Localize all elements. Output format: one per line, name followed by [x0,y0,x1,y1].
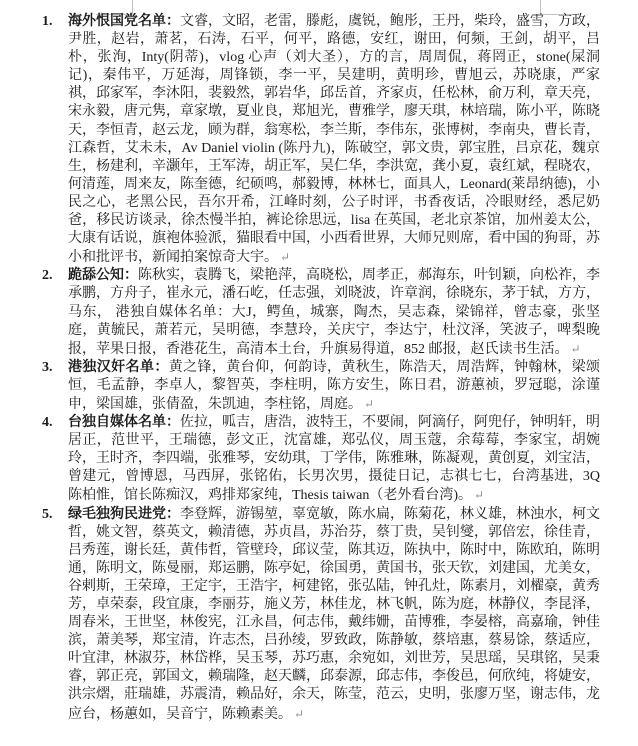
item-heading: 港独汉奸名单： [68,360,169,375]
item-heading: 台独自媒体名单： [68,415,180,430]
list-item: 5. 绿毛独狗民进党：李登辉，游锡堃，辜宽敏，陈水扁，陈菊花，林义雄，林浊水，柯… [0,506,638,724]
paragraph-mark-icon: ↵ [362,397,374,411]
paragraph-mark-icon: ↵ [278,250,290,264]
paragraph-mark-icon: ↵ [472,488,484,502]
item-text: 陈秋实，袁腾飞，梁艳萍，高晓松，周孝正，郝海东，叶钊颖，向松祚，李承鹏，方舟子，… [68,268,600,356]
item-paragraph: 台独自媒体名单：佐拉，呱吉，唐浩，波特王，不要闹，阿滴仔，阿兜仔，钟明轩，明居正… [68,414,600,505]
list-item: 4. 台独自媒体名单：佐拉，呱吉，唐浩，波特王，不要闹，阿滴仔，阿兜仔，钟明轩，… [0,414,638,505]
item-heading: 绿毛独狗民进党： [68,507,180,522]
item-number: 4. [42,414,68,432]
item-heading: 海外恨国党名单： [68,14,180,29]
list-item: 2. 跪舔公知：陈秋实，袁腾飞，梁艳萍，高晓松，周孝正，郝海东，叶钊颖，向松祚，… [0,267,638,358]
item-number: 3. [42,359,68,377]
item-paragraph: 港独汉奸名单：黄之锋，黄台仰，何韵诗，黄秋生，陈浩天，周浩辉，钟翰林，梁颂恒，毛… [68,359,600,414]
item-paragraph: 海外恨国党名单：文睿，文昭，老雷，滕彪，虞锐，鲍彤，王丹，柴玲，盛雪，方政，尹胜… [68,13,600,267]
item-paragraph: 跪舔公知：陈秋实，袁腾飞，梁艳萍，高晓松，周孝正，郝海东，叶钊颖，向松祚，李承鹏… [68,267,600,358]
item-paragraph: 绿毛独狗民进党：李登辉，游锡堃，辜宽敏，陈水扁，陈菊花，林义雄，林浊水，柯文哲，… [68,506,600,724]
document-page: 1. 海外恨国党名单：文睿，文昭，老雷，滕彪，虞锐，鲍彤，王丹，柴玲，盛雪，方政… [0,0,638,746]
item-number: 5. [42,506,68,524]
numbered-list: 1. 海外恨国党名单：文睿，文昭，老雷，滕彪，虞锐，鲍彤，王丹，柴玲，盛雪，方政… [0,13,638,724]
item-text: 李登辉，游锡堃，辜宽敏，陈水扁，陈菊花，林义雄，林浊水，柯文哲，姚文智，蔡英文，… [68,507,600,722]
item-number: 2. [42,267,68,285]
list-item: 3. 港独汉奸名单：黄之锋，黄台仰，何韵诗，黄秋生，陈浩天，周浩辉，钟翰林，梁颂… [0,359,638,414]
list-item: 1. 海外恨国党名单：文睿，文昭，老雷，滕彪，虞锐，鲍彤，王丹，柴玲，盛雪，方政… [0,13,638,267]
item-heading: 跪舔公知： [68,268,138,283]
paragraph-mark-icon: ↵ [292,707,304,721]
paragraph-mark-icon: ↵ [569,342,581,356]
item-text: 文睿，文昭，老雷，滕彪，虞锐，鲍彤，王丹，柴玲，盛雪，方政，尹胜，赵岩，萧茗，石… [68,14,600,265]
item-number: 1. [42,13,68,31]
